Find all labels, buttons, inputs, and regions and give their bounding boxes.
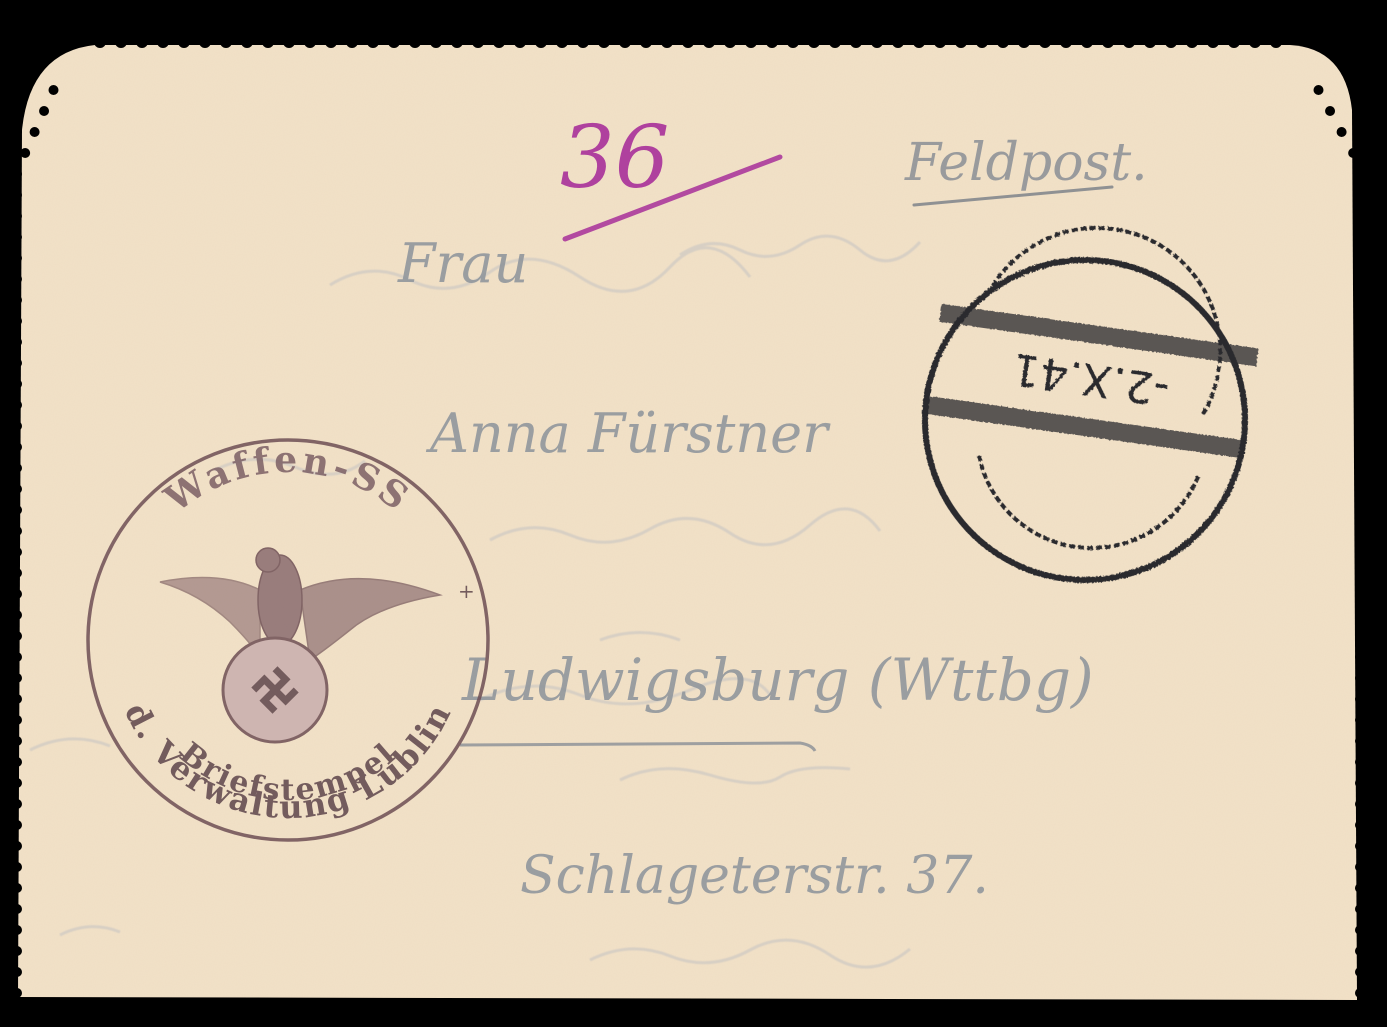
envelope-photo: 36 Feldpost. Frau Anna Fürstner Ludwigsb… xyxy=(0,0,1387,1027)
address-line-name: Anna Fürstner xyxy=(425,402,831,465)
envelope-canvas: 36 Feldpost. Frau Anna Fürstner Ludwigsb… xyxy=(0,0,1387,1027)
address-line-city: Ludwigsburg (Wttbg) xyxy=(461,646,1094,714)
address-line-salutation: Frau xyxy=(397,232,528,295)
seal-star: + xyxy=(458,579,475,603)
feldpost-text: Feldpost. xyxy=(904,133,1148,193)
address-line-street: Schlageterstr. 37. xyxy=(520,846,989,906)
postage-note-text: 36 xyxy=(560,108,669,208)
